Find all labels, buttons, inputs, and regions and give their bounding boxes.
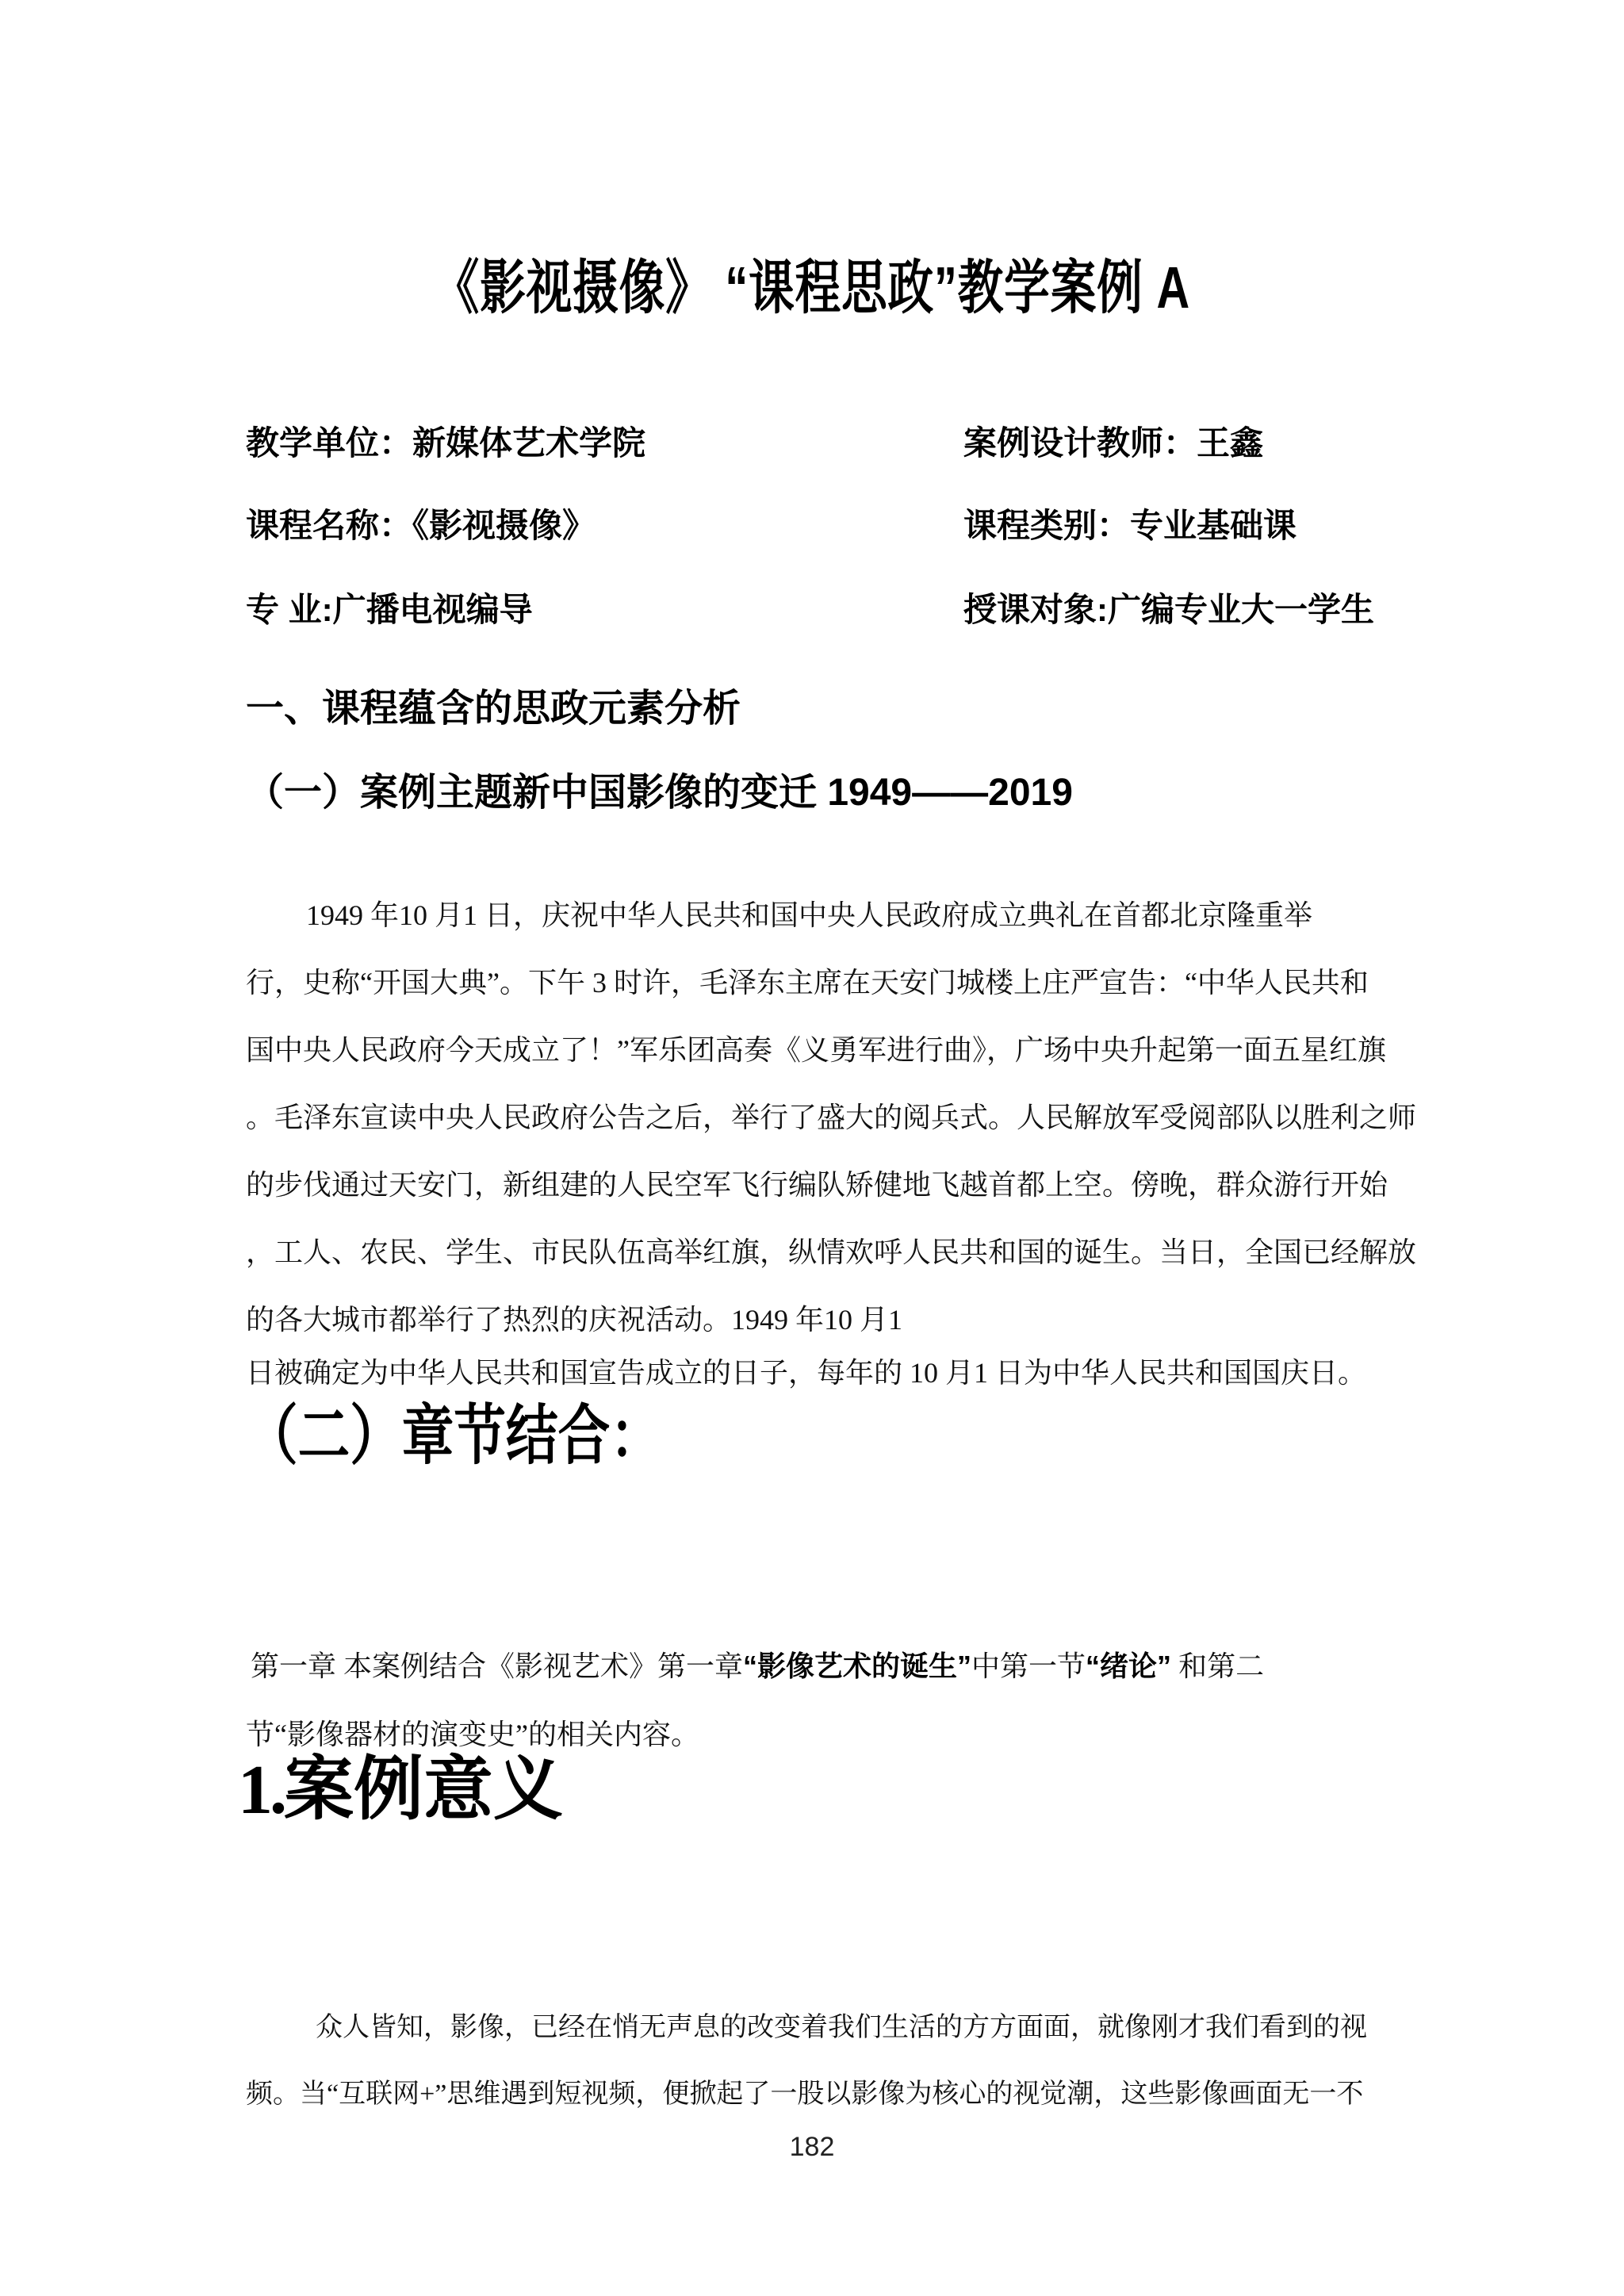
paragraph-line: 的步伐通过天安门，新组建的人民空军飞行编队矫健地飞越首都上空。傍晚，群众游行开始 bbox=[246, 1152, 1404, 1219]
chapter-link-text: 中第一节 bbox=[971, 1650, 1086, 1682]
chapter-link-bold-introduction: “绪论” bbox=[1086, 1650, 1171, 1682]
meta-row-3: 专 业:广播电视编导 授课对象:广编专业大一学生 bbox=[246, 593, 1396, 633]
paragraph-line: 众人皆知，影像，已经在悄无声息的改变着我们生活的方方面面，就像刚才我们看到的视 bbox=[246, 1995, 1404, 2061]
paragraph-line: 国中央人民政府今天成立了！”军乐团高奏《义勇军进行曲》，广场中央升起第一面五星红… bbox=[246, 1017, 1404, 1084]
paragraph-line: ，工人、农民、学生、市民队伍高举红旗，纵情欢呼人民共和国的诞生。当日，全国已经解… bbox=[246, 1219, 1404, 1286]
document-title: 《影视摄像》 “课程思政”教学案例 A bbox=[0, 259, 1624, 317]
paragraph-chapter-link: 第一章 本案例结合《影视艺术》第一章“影像艺术的诞生”中第一节“绪论” 和第二 … bbox=[246, 1632, 1404, 1769]
chapter-link-text: 和第二 bbox=[1171, 1650, 1264, 1682]
meta-row-2: 课程名称：《影视摄像》 课程类别：专业基础课 bbox=[246, 509, 1396, 549]
page-number: 182 bbox=[0, 2133, 1624, 2160]
paragraph-line: 频。当“互联网+”思维遇到短视频，便掀起了一股以影像为核心的视觉潮，这些影像画面… bbox=[246, 2061, 1404, 2128]
case-significance-title: 案例意义 bbox=[284, 1750, 563, 1828]
teaching-unit: 教学单位：新媒体艺术学院 bbox=[246, 424, 645, 462]
audience: 授课对象:广编专业大一学生 bbox=[963, 593, 1374, 627]
document-page: 《影视摄像》 “课程思政”教学案例 A 教学单位：新媒体艺术学院 案例设计教师：… bbox=[0, 0, 1624, 2296]
meta-row-1: 教学单位：新媒体艺术学院 案例设计教师：王鑫 bbox=[246, 427, 1396, 466]
paragraph-line: 1949 年10 月1 日，庆祝中华人民共和国中央人民政府成立典礼在首都北京隆重… bbox=[246, 882, 1404, 949]
major: 专 业:广播电视编导 bbox=[246, 591, 533, 628]
section-heading-1: 一、课程蕴含的思政元素分析 bbox=[246, 690, 741, 728]
paragraph-line: 日被确定为中华人民共和国宣告成立的日子，每年的 10 月1 日为中华人民共和国国… bbox=[246, 1340, 1404, 1407]
chapter-link-text: 第一章 本案例结合《影视艺术》第一章 bbox=[251, 1650, 743, 1682]
paragraph-line: 。毛泽东宣读中央人民政府公告之后，举行了盛大的阅兵式。人民解放军受阅部队以胜利之… bbox=[246, 1084, 1404, 1152]
course-name: 课程名称：《影视摄像》 bbox=[246, 507, 596, 544]
subsection-heading-2: （二）章节结合： bbox=[246, 1404, 766, 1469]
paragraph-line: 行，史称“开国大典”。下午 3 时许，毛泽东主席在天安门城楼上庄严宣告：“中华人… bbox=[246, 949, 1404, 1017]
paragraph-line: 第一章 本案例结合《影视艺术》第一章“影像艺术的诞生”中第一节“绪论” 和第二 bbox=[246, 1632, 1404, 1700]
subsection-heading-2-text: （二）章节结合： bbox=[246, 1404, 662, 1469]
subsection-heading-1: （一）案例主题新中国影像的变迁 1949——2019 bbox=[246, 774, 1073, 812]
case-significance-heading: 1.案例意义 bbox=[238, 1754, 563, 1826]
course-category: 课程类别：专业基础课 bbox=[963, 509, 1297, 542]
paragraph-case-significance: 众人皆知，影像，已经在悄无声息的改变着我们生活的方方面面，就像刚才我们看到的视 … bbox=[246, 1995, 1404, 2128]
case-designer: 案例设计教师：王鑫 bbox=[963, 427, 1263, 460]
document-title-text: 《影视摄像》 “课程思政”教学案例 A bbox=[434, 259, 1190, 317]
case-significance-number: 1. bbox=[238, 1752, 284, 1829]
paragraph-founding-ceremony: 1949 年10 月1 日，庆祝中华人民共和国中央人民政府成立典礼在首都北京隆重… bbox=[246, 882, 1404, 1407]
chapter-link-bold-birth-of-image-art: “影像艺术的诞生” bbox=[743, 1650, 971, 1682]
